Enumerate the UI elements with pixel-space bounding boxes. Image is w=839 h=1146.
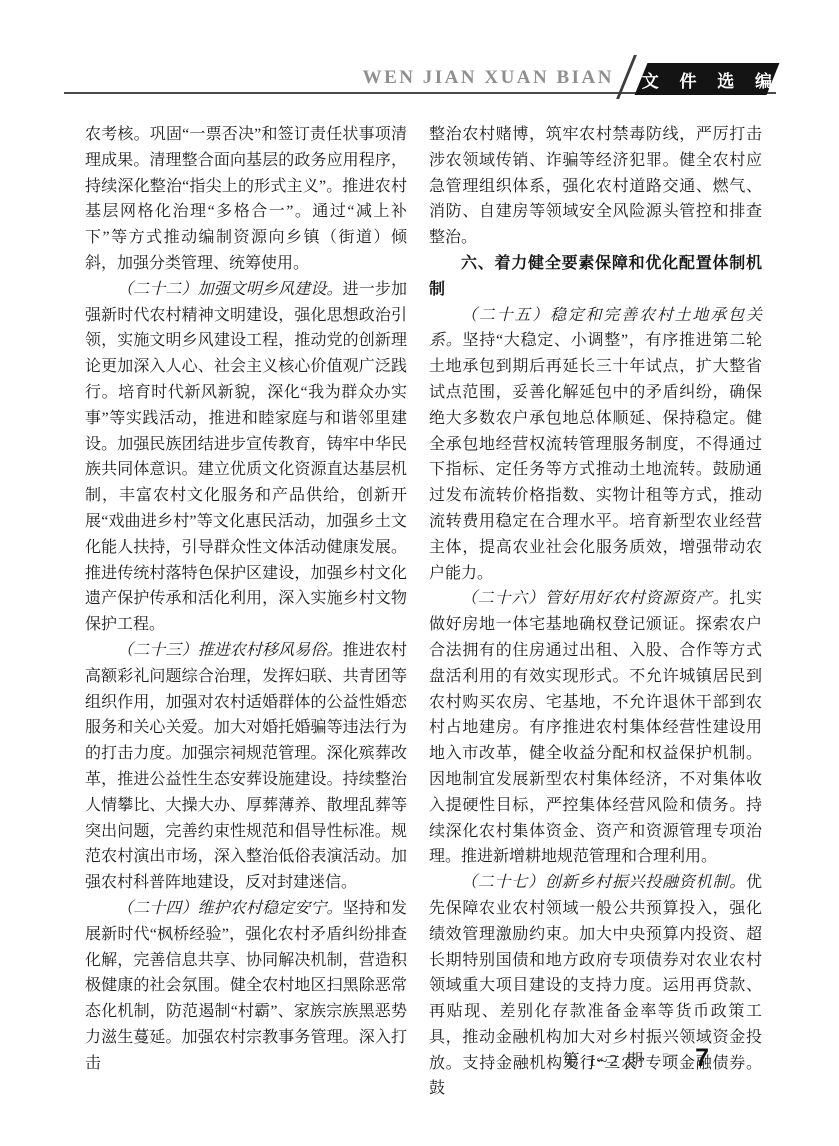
page-number: 7 [695,1046,709,1071]
paragraph-lead: （二十七）创新乡村振兴投融资机制。 [461,874,746,891]
paragraph-lead: （二十四）维护农村稳定安宁。 [117,900,343,917]
header-badge-label: 文 件 选 编 [634,67,780,92]
page-footer: 第 1~2 期 ☞ 7 [562,1046,709,1071]
paragraph-lead: （二十二）加强文明乡风建设。 [117,281,343,298]
paragraph-lead: （二十五）稳定和完善农村土地承包关系。 [429,307,762,350]
pointing-hand-icon: ☞ [661,1049,679,1069]
body-paragraph: （二十三）推进农村移风易俗。推进农村高额彩礼问题综合治理，发挥妇联、共青团等组织… [85,638,407,896]
body-paragraph: （二十四）维护农村稳定安宁。坚持和发展新时代“枫桥经验”，强化农村矛盾纠纷排查化… [85,896,407,1077]
issue-label: 第 1~2 期 [562,1046,645,1071]
body-paragraph: （二十六）管好用好农村资源资产。扎实做好房地一体宅基地确权登记颁证。探索农户合法… [429,586,762,870]
body-paragraph: 整治农村赌博，筑牢农村禁毒防线，严厉打击涉农领域传销、诈骗等经济犯罪。健全农村应… [429,122,762,251]
body-paragraph: 农考核。巩固“一票否决”和签订责任状事项清理成果。清理整合面向基层的政务应用程序… [85,122,407,277]
header-badge: 文 件 选 编 [635,63,780,95]
section-heading: 六、着力健全要素保障和优化配置体制机制 [429,251,762,303]
body-paragraph: （二十五）稳定和完善农村土地承包关系。坚持“大稳定、小调整”，有序推进第二轮土地… [429,303,762,587]
text-column-left: 农考核。巩固“一票否决”和签订责任状事项清理成果。清理整合面向基层的政务应用程序… [85,122,407,1076]
text-column-right: 整治农村赌博，筑牢农村禁毒防线，严厉打击涉农领域传销、诈骗等经济犯罪。健全农村应… [429,122,762,1102]
page-header: WEN JIAN XUAN BIAN 文 件 选 编 [64,57,776,94]
body-paragraph: （二十二）加强文明乡风建设。进一步加强新时代农村精神文明建设，强化思想政治引领，… [85,277,407,638]
document-page: WEN JIAN XUAN BIAN 文 件 选 编 农考核。巩固“一票否决”和… [0,0,839,1146]
paragraph-lead: （二十三）推进农村移风易俗。 [117,642,343,659]
header-pinyin-title: WEN JIAN XUAN BIAN [363,67,614,89]
paragraph-lead: （二十六）管好用好农村资源资产。 [461,590,729,607]
